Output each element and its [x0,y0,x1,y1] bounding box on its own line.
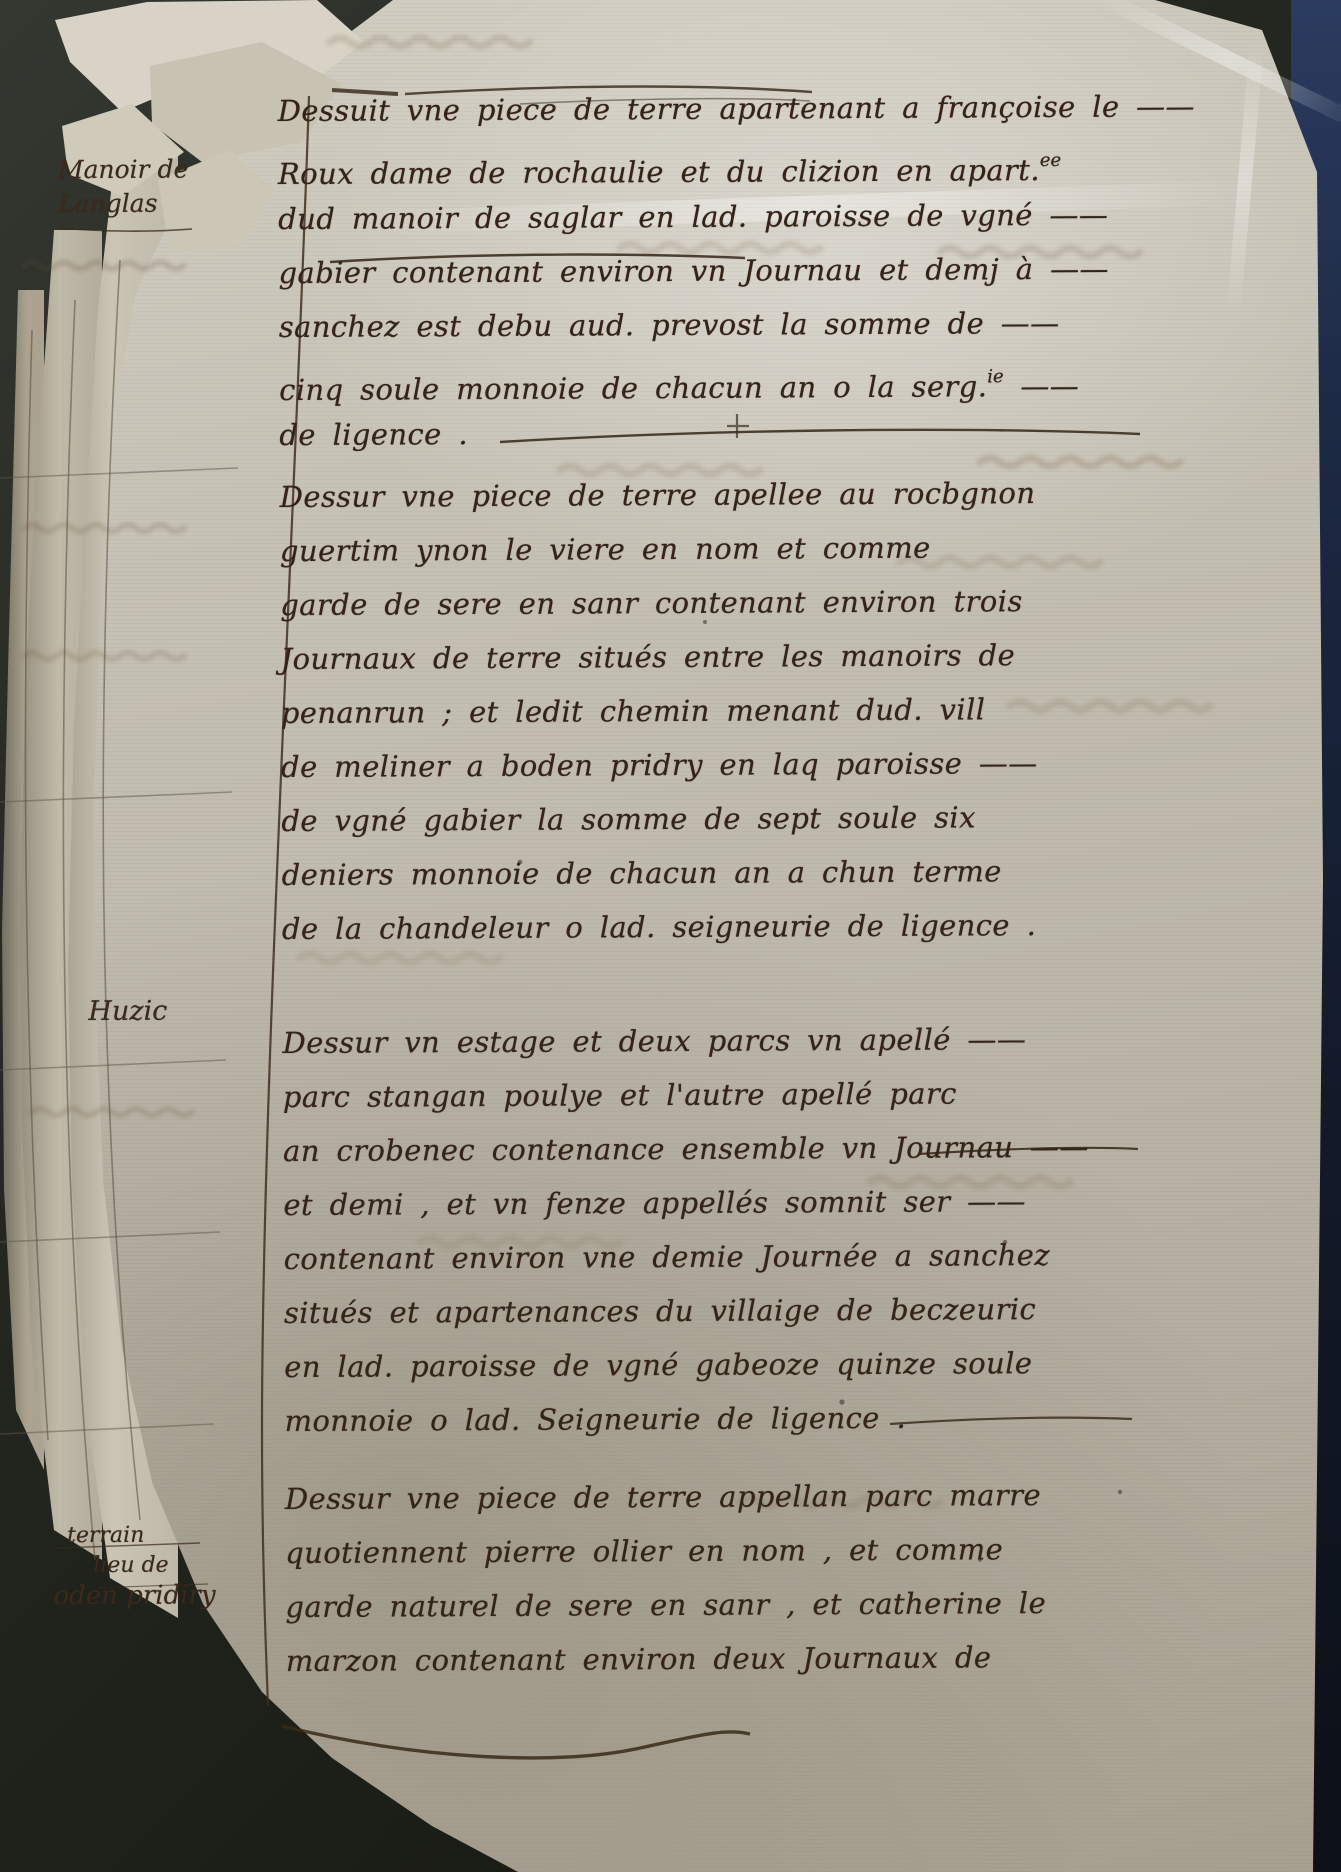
margin-note-terrain: terrain lieu de oden pridiry [53,1520,216,1611]
manuscript-line: penanrun ; et ledit chemin menant dud. v… [281,681,1151,740]
manuscript-line: Dessur vne piece de terre appellan parc … [285,1467,1155,1526]
manuscript-line: gabier contenant environ vn Journau et d… [278,241,1148,300]
margin-note-manoir: Manoir de Langlas [58,153,189,222]
manuscript-line: contenant environ vne demie Journée a sa… [284,1227,1154,1286]
paragraph-4: Dessur vne piece de terre appellan parc … [285,1467,1156,1688]
manuscript-line: Dessur vn estage et deux parcs vn apellé… [282,1011,1152,1070]
manuscript-line: Dessuit vne piece de terre apartenant a … [278,79,1148,138]
margin-note-line: Langlas [58,187,189,222]
margin-note-line: Huzic [88,995,167,1029]
margin-note-line: lieu de [53,1550,215,1581]
photograph-of-manuscript: Manoir de Langlas Huzic terrain lieu de … [0,0,1341,1872]
manuscript-line: de la chandeleur o lad. seigneurie de li… [282,897,1152,956]
manuscript-line: garde naturel de sere en sanr , et cathe… [285,1575,1155,1634]
manuscript-line: deniers monnoie de chacun an a chun term… [282,843,1152,902]
manuscript-line: situés et apartenances du villaige de be… [284,1281,1154,1340]
superscript-abbreviation: ee [1040,150,1061,171]
manuscript-line: an crobenec contenance ensemble vn Journ… [283,1119,1153,1178]
manuscript-line: quotiennent pierre ollier en nom , et co… [285,1521,1155,1580]
margin-note-line: oden pridiry [53,1580,215,1611]
line-text: Roux dame de rochaulie et du clizion en … [278,153,1040,191]
margin-note-huzic: Huzic [88,995,167,1029]
superscript-abbreviation: ie [987,366,1004,387]
manuscript-line: sanchez est debu aud. prevost la somme d… [279,295,1149,354]
manuscript-line: de ligence . [279,403,1149,462]
paragraph-2: Dessur vne piece de terre apellee au roc… [280,465,1153,956]
manuscript-line: Roux dame de rochaulie et du clizion en … [278,133,1148,192]
line-text: cinq soule monnoie de chacun an o la ser… [279,369,987,407]
line-end-dash: —— [1020,369,1079,403]
manuscript-line: monnoie o lad. Seigneurie de ligence . [284,1389,1154,1448]
manuscript-line: parc stangan poulye et l'autre apellé pa… [283,1065,1153,1124]
manuscript-line: garde de sere en sanr contenant environ … [280,573,1150,632]
paragraph-3: Dessur vn estage et deux parcs vn apellé… [282,1011,1154,1448]
manuscript-line: marzon contenant environ deux Journaux d… [286,1629,1156,1688]
paragraph-1: Dessuit vne piece de terre apartenant a … [278,79,1150,462]
manuscript-line: de meliner a boden pridry en laq paroiss… [281,735,1151,794]
margin-note-line: terrain [53,1520,215,1551]
handwriting-layer: Manoir de Langlas Huzic terrain lieu de … [0,0,1341,1872]
manuscript-line: et demi , et vn fenze appellés somnit se… [283,1173,1153,1232]
manuscript-line: Dessur vne piece de terre apellee au roc… [280,465,1150,524]
manuscript-line: de vgné gabier la somme de sept soule si… [281,789,1151,848]
manuscript-line: Journaux de terre situés entre les manoi… [280,627,1150,686]
manuscript-line: cinq soule monnoie de chacun an o la ser… [279,349,1149,408]
margin-note-line: Manoir de [58,153,189,188]
manuscript-line: guertim ynon le viere en nom et comme [280,519,1150,578]
manuscript-line: en lad. paroisse de vgné gabeoze quinze … [284,1335,1154,1394]
manuscript-line: dud manoir de saglar en lad. paroisse de… [278,187,1148,246]
